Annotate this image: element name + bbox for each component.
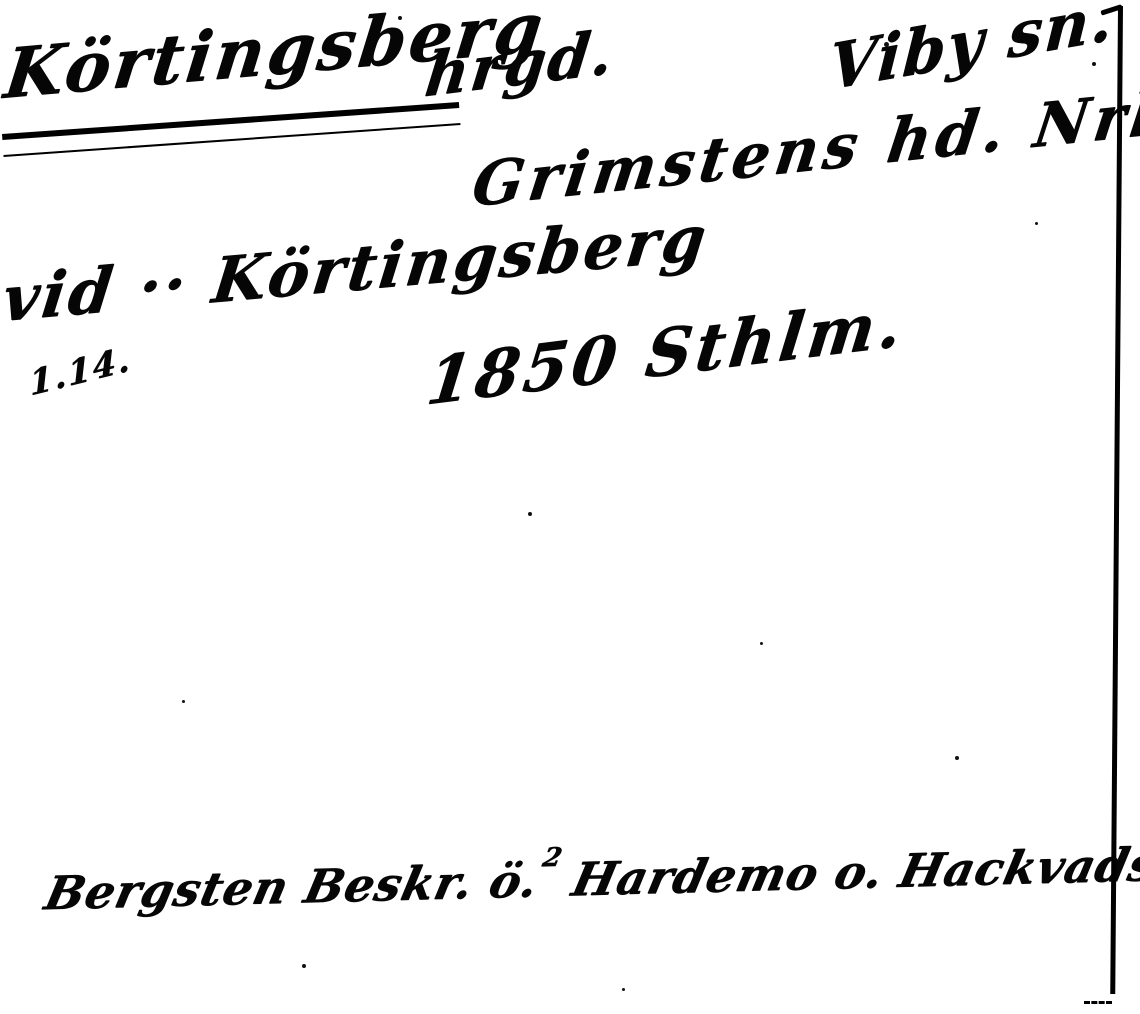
ink-speck	[622, 988, 625, 991]
headword-underline	[2, 102, 460, 157]
ink-speck	[182, 700, 185, 703]
scan-edge-dash	[1084, 1001, 1112, 1004]
reference-number: 1.14.	[28, 339, 132, 405]
district-note: Grimstens hd. Nrk.	[468, 73, 1140, 221]
ink-speck	[1092, 62, 1096, 66]
location-note: vid ·· Körtingsberg	[0, 200, 712, 336]
citation-superscript: 2	[540, 842, 565, 873]
archive-card-scan: Körtingsberg hrgd. Viby sn. Grimstens hd…	[0, 0, 1140, 1014]
ink-speck	[955, 756, 959, 760]
ink-speck	[760, 642, 763, 645]
ink-speck	[302, 964, 306, 968]
ink-speck	[528, 512, 532, 516]
citation-coverage: Hardemo o. Hackvads snr	[567, 834, 1140, 906]
ink-speck	[1035, 222, 1038, 225]
year-place-note: 1850 Sthlm.	[423, 285, 910, 420]
ink-speck	[398, 16, 402, 20]
ink-speck	[884, 42, 889, 47]
source-citation: Bergsten Beskr. ö.2 Hardemo o. Hackvads …	[40, 834, 1140, 920]
citation-author-work: Bergsten Beskr. ö.	[40, 853, 544, 920]
